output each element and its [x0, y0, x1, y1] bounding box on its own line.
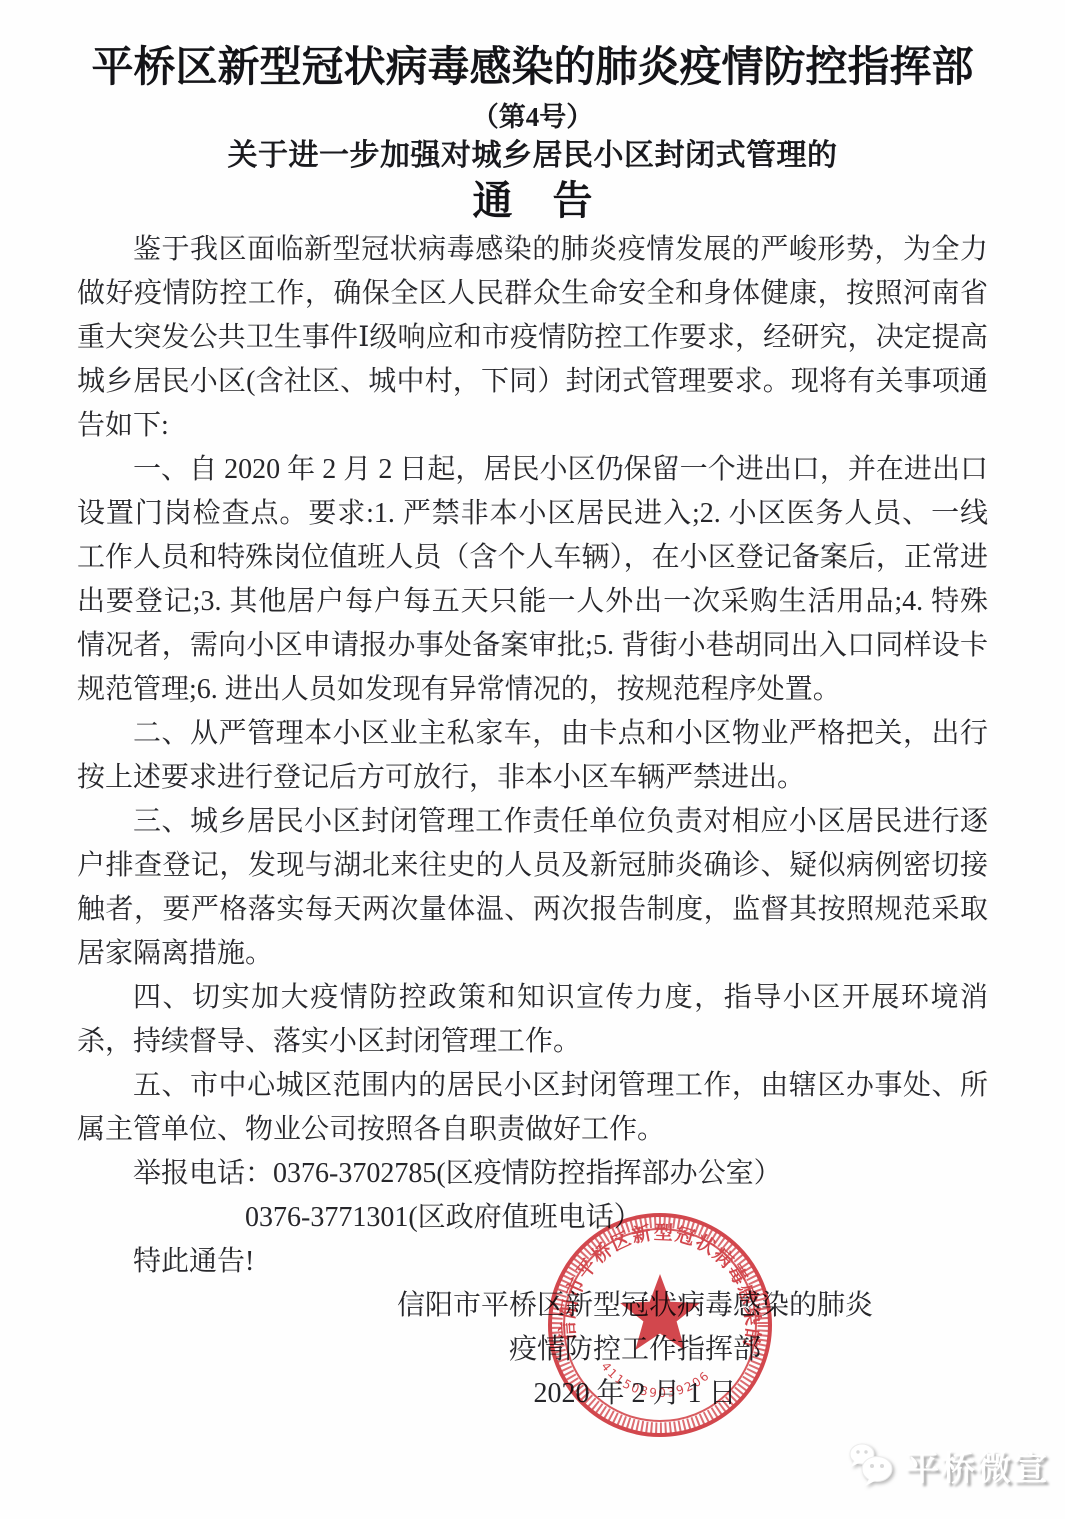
- signature-block: 信阳市平桥区新型冠状病毒感染的肺炎 疫情防控工作指挥部 2020 年 2 月 1…: [380, 1284, 890, 1416]
- report-hotline-line: 举报电话：0376-3702785(区疫情防控指挥部办公室）: [77, 1152, 988, 1196]
- watermark-label: 平桥微宣: [905, 1441, 1049, 1490]
- document-content: 平桥区新型冠状病毒感染的肺炎疫情防控指挥部 （第4号） 关于进一步加强对城乡居民…: [0, 0, 1065, 1416]
- signature-org-line1: 信阳市平桥区新型冠状病毒感染的肺炎: [380, 1284, 890, 1328]
- body-paragraph-item1: 一、自 2020 年 2 月 2 日起，居民小区仍保留一个进出口，并在进出口设置…: [77, 448, 988, 712]
- signature-date: 2020 年 2 月 1 日: [380, 1372, 890, 1416]
- notice-title: 通 告: [77, 176, 988, 226]
- org-title: 平桥区新型冠状病毒感染的肺炎疫情防控指挥部: [77, 42, 988, 94]
- body-paragraph-item5: 五、市中心城区范围内的居民小区封闭管理工作，由辖区办事处、所属主管单位、物业公司…: [77, 1064, 988, 1152]
- watermark: 平桥微宣: [845, 1439, 1049, 1491]
- notice-subject: 关于进一步加强对城乡居民小区封闭式管理的: [77, 138, 988, 174]
- body-paragraph-item3: 三、城乡居民小区封闭管理工作责任单位负责对相应小区居民进行逐户排查登记，发现与湖…: [77, 800, 988, 976]
- body-paragraph-intro: 鉴于我区面临新型冠状病毒感染的肺炎疫情发展的严峻形势，为全力做好疫情防控工作，确…: [77, 228, 988, 448]
- signature-org-line2: 疫情防控工作指挥部: [380, 1328, 890, 1372]
- duty-phone-line: 0376-3771301(区政府值班电话）: [77, 1196, 988, 1240]
- body-paragraph-item2: 二、从严管理本小区业主私家车，由卡点和小区物业严格把关，出行按上述要求进行登记后…: [77, 712, 988, 800]
- document-page: 平桥区新型冠状病毒感染的肺炎疫情防控指挥部 （第4号） 关于进一步加强对城乡居民…: [0, 0, 1065, 1519]
- wechat-icon: [845, 1439, 897, 1491]
- doc-number: （第4号）: [77, 100, 988, 134]
- notice-body: 鉴于我区面临新型冠状病毒感染的肺炎疫情发展的严峻形势，为全力做好疫情防控工作，确…: [77, 228, 988, 1284]
- body-paragraph-item4: 四、切实加大疫情防控政策和知识宣传力度，指导小区开展环境消杀，持续督导、落实小区…: [77, 976, 988, 1064]
- closing-line: 特此通告!: [77, 1240, 988, 1284]
